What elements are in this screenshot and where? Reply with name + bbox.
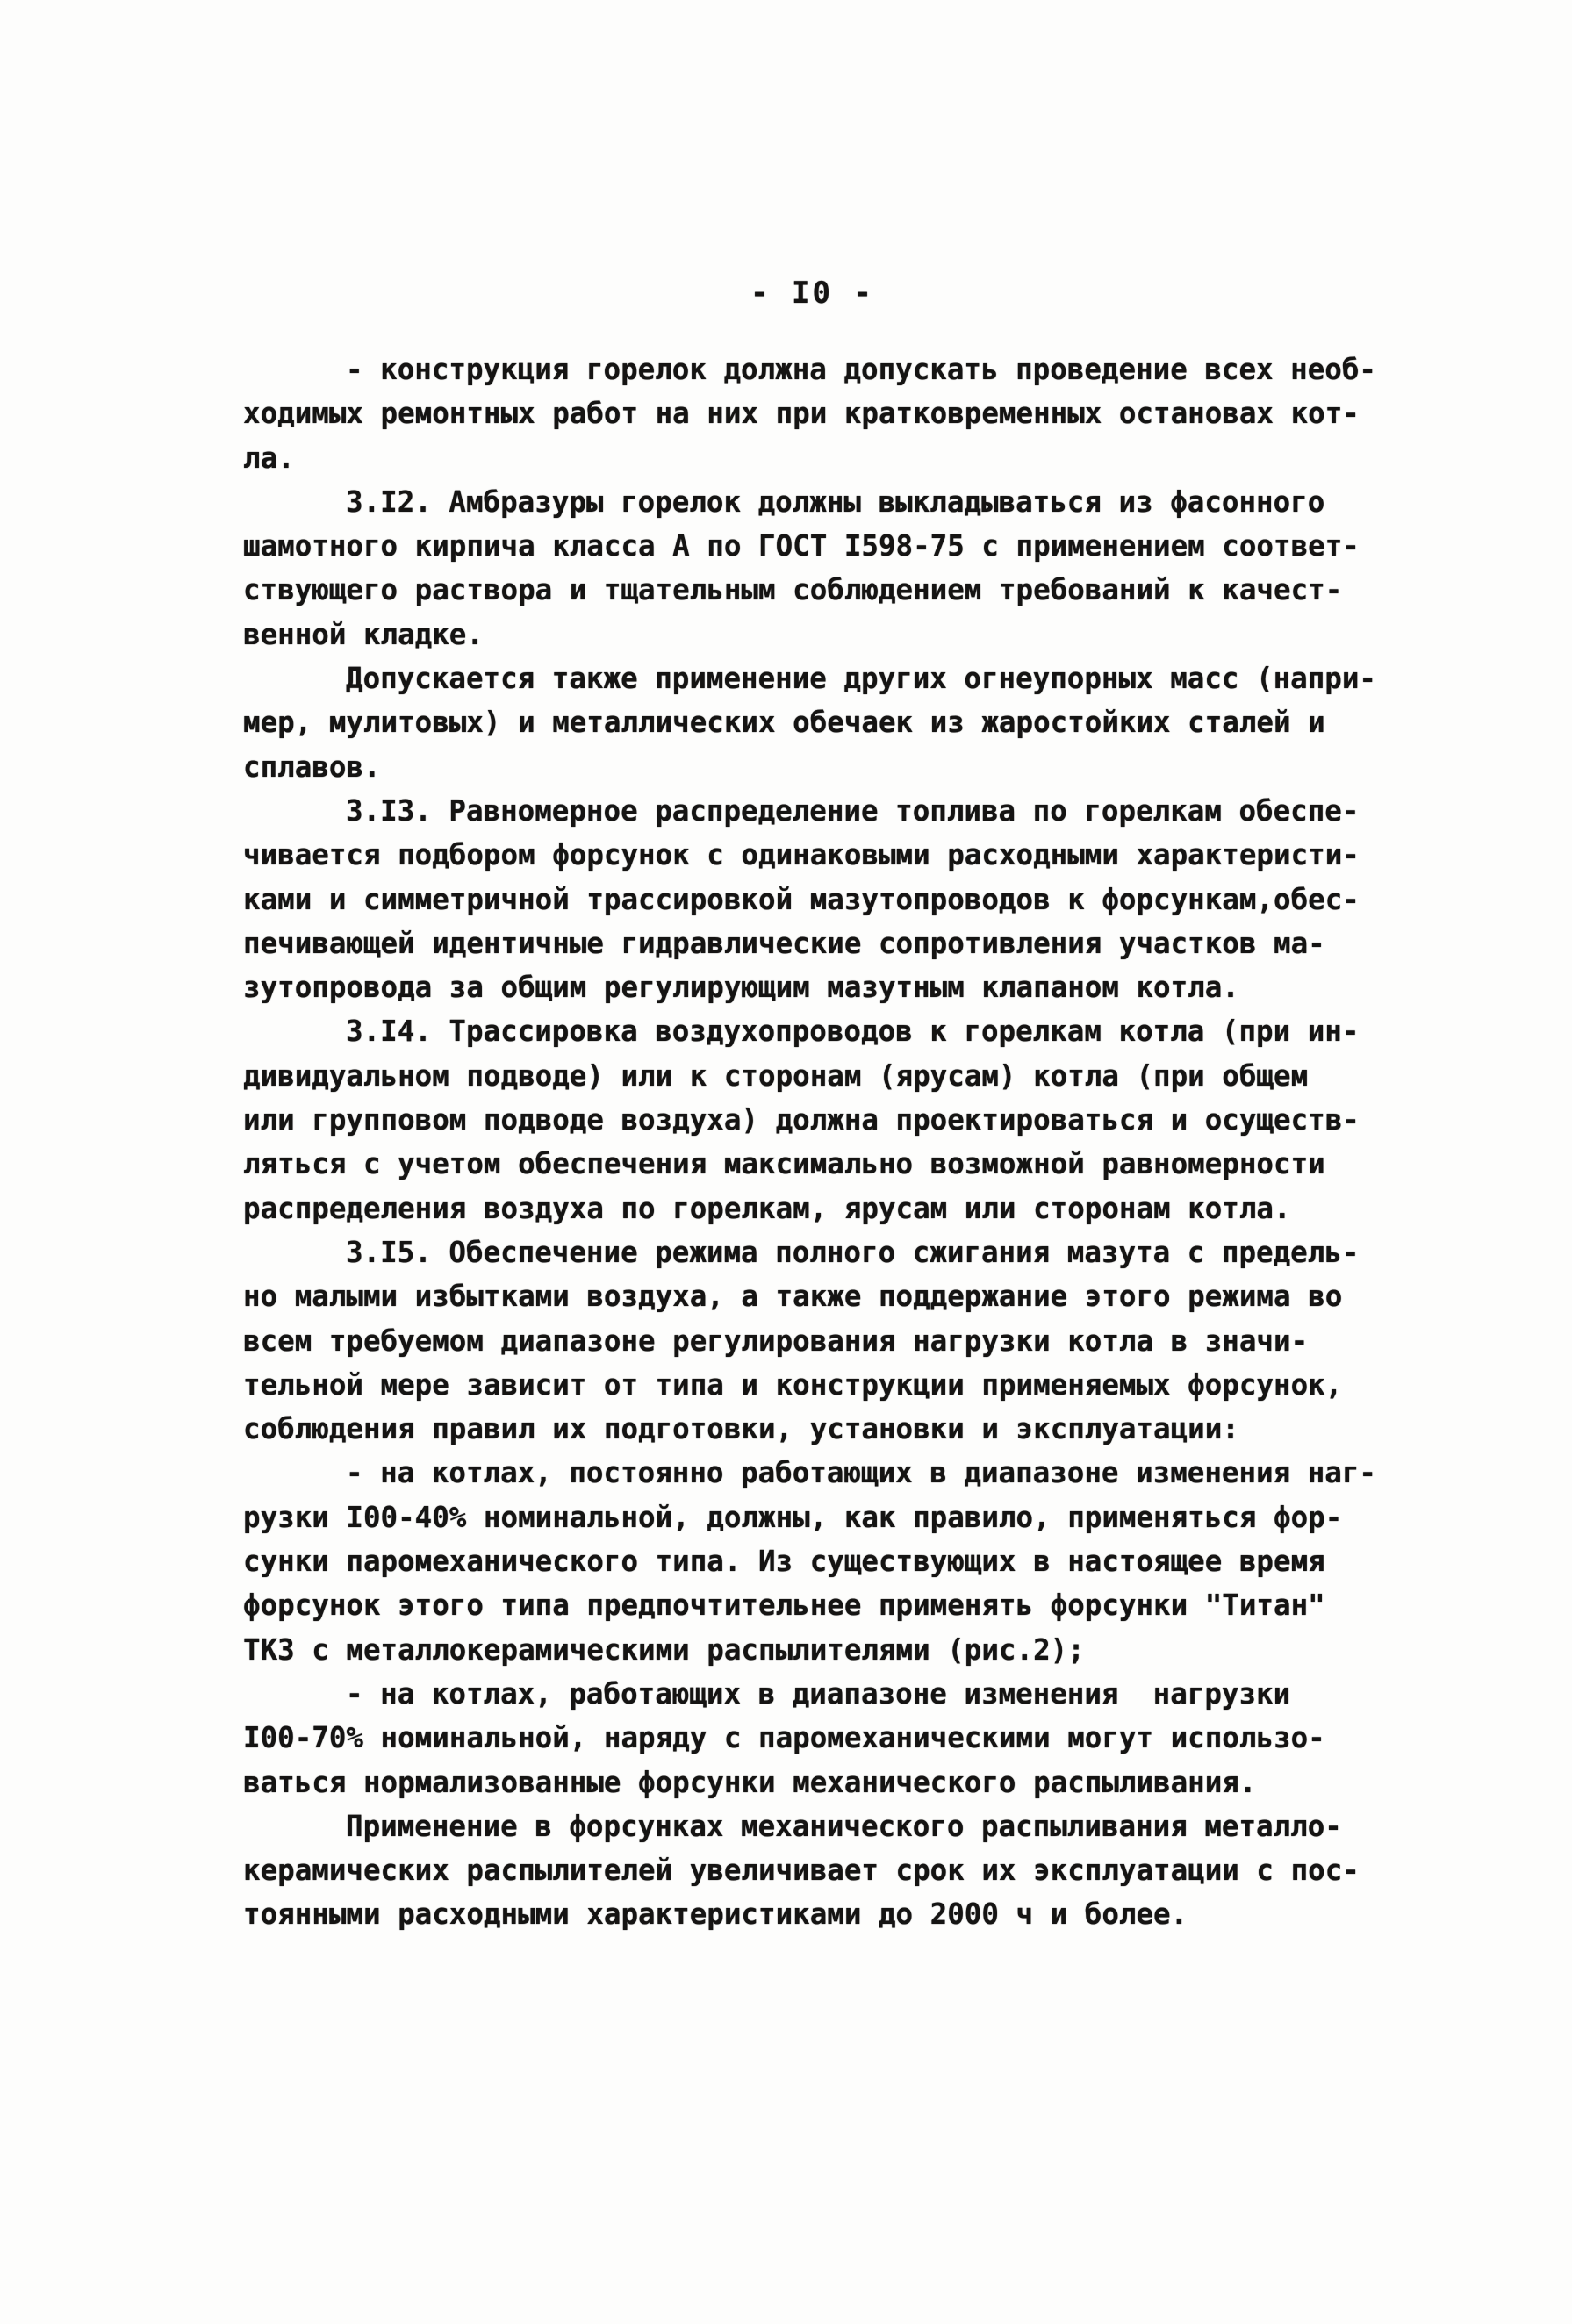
text-line: но малыми избытками воздуха, а также под… — [243, 1274, 1419, 1318]
text-line: печивающей идентичные гидравлические соп… — [243, 922, 1419, 965]
paragraph: 3.I5. Обеспечение режима полного сжигани… — [243, 1230, 1419, 1451]
text-line: ла. — [243, 436, 1419, 480]
paragraph: - конструкция горелок должна допускать п… — [243, 348, 1419, 480]
text-line: дивидуальном подводе) или к сторонам (яр… — [243, 1054, 1419, 1098]
text-line: сплавов. — [243, 745, 1419, 789]
paragraph: 3.I3. Равномерное распределение топлива … — [243, 789, 1419, 1009]
paragraph: - на котлах, работающих в диапазоне изме… — [243, 1672, 1419, 1804]
paragraph: Допускается также применение других огне… — [243, 656, 1419, 789]
text-line: керамических распылителей увеличивает ср… — [243, 1848, 1419, 1892]
text-line: мер, мулитовых) и металлических обечаек … — [243, 700, 1419, 744]
text-line: сунки паромеханического типа. Из существ… — [243, 1539, 1419, 1583]
text-line: ваться нормализованные форсунки механиче… — [243, 1761, 1419, 1804]
paragraph: - на котлах, постоянно работающих в диап… — [243, 1451, 1419, 1671]
text-line: ствующего раствора и тщательным соблюден… — [243, 568, 1419, 612]
text-line: шамотного кирпича класса А по ГОСТ I598-… — [243, 524, 1419, 568]
text-line: - на котлах, постоянно работающих в диап… — [243, 1451, 1419, 1495]
text-line: тоянными расходными характеристиками до … — [243, 1892, 1419, 1936]
text-line: или групповом подводе воздуха) должна пр… — [243, 1098, 1419, 1142]
text-line: I00-70% номинальной, наряду с паромехани… — [243, 1716, 1419, 1760]
text-line: тельной мере зависит от типа и конструкц… — [243, 1363, 1419, 1407]
text-line: венной кладке. — [243, 613, 1419, 656]
paragraph: 3.I2. Амбразуры горелок должны выкладыва… — [243, 480, 1419, 656]
text-line: 3.I3. Равномерное распределение топлива … — [243, 789, 1419, 833]
text-line: чивается подбором форсунок с одинаковыми… — [243, 833, 1419, 877]
text-line: форсунок этого типа предпочтительнее при… — [243, 1583, 1419, 1627]
text-line: ляться с учетом обеспечения максимально … — [243, 1142, 1419, 1186]
document-text: - конструкция горелок должна допускать п… — [243, 348, 1419, 1937]
text-line: распределения воздуха по горелкам, яруса… — [243, 1187, 1419, 1230]
scanned-page: - I0 - - конструкция горелок должна допу… — [0, 0, 1572, 2324]
paragraph: Применение в форсунках механического рас… — [243, 1804, 1419, 1937]
text-line: Применение в форсунках механического рас… — [243, 1804, 1419, 1848]
text-line: соблюдения правил их подготовки, установ… — [243, 1407, 1419, 1451]
page-number: - I0 - — [26, 276, 1572, 311]
text-line: ками и симметричной трассировкой мазутоп… — [243, 878, 1419, 922]
paragraph: 3.I4. Трассировка воздухопроводов к горе… — [243, 1009, 1419, 1230]
text-line: 3.I5. Обеспечение режима полного сжигани… — [243, 1230, 1419, 1274]
text-line: зутопровода за общим регулирующим мазутн… — [243, 965, 1419, 1009]
text-line: 3.I2. Амбразуры горелок должны выкладыва… — [243, 480, 1419, 524]
text-line: Допускается также применение других огне… — [243, 656, 1419, 700]
text-line: - конструкция горелок должна допускать п… — [243, 348, 1419, 391]
text-line: ТКЗ с металлокерамическими распылителями… — [243, 1628, 1419, 1672]
text-line: ходимых ремонтных работ на них при кратк… — [243, 391, 1419, 435]
text-line: рузки I00-40% номинальной, должны, как п… — [243, 1496, 1419, 1539]
text-line: 3.I4. Трассировка воздухопроводов к горе… — [243, 1009, 1419, 1053]
text-line: - на котлах, работающих в диапазоне изме… — [243, 1672, 1419, 1716]
text-line: всем требуемом диапазоне регулирования н… — [243, 1319, 1419, 1363]
